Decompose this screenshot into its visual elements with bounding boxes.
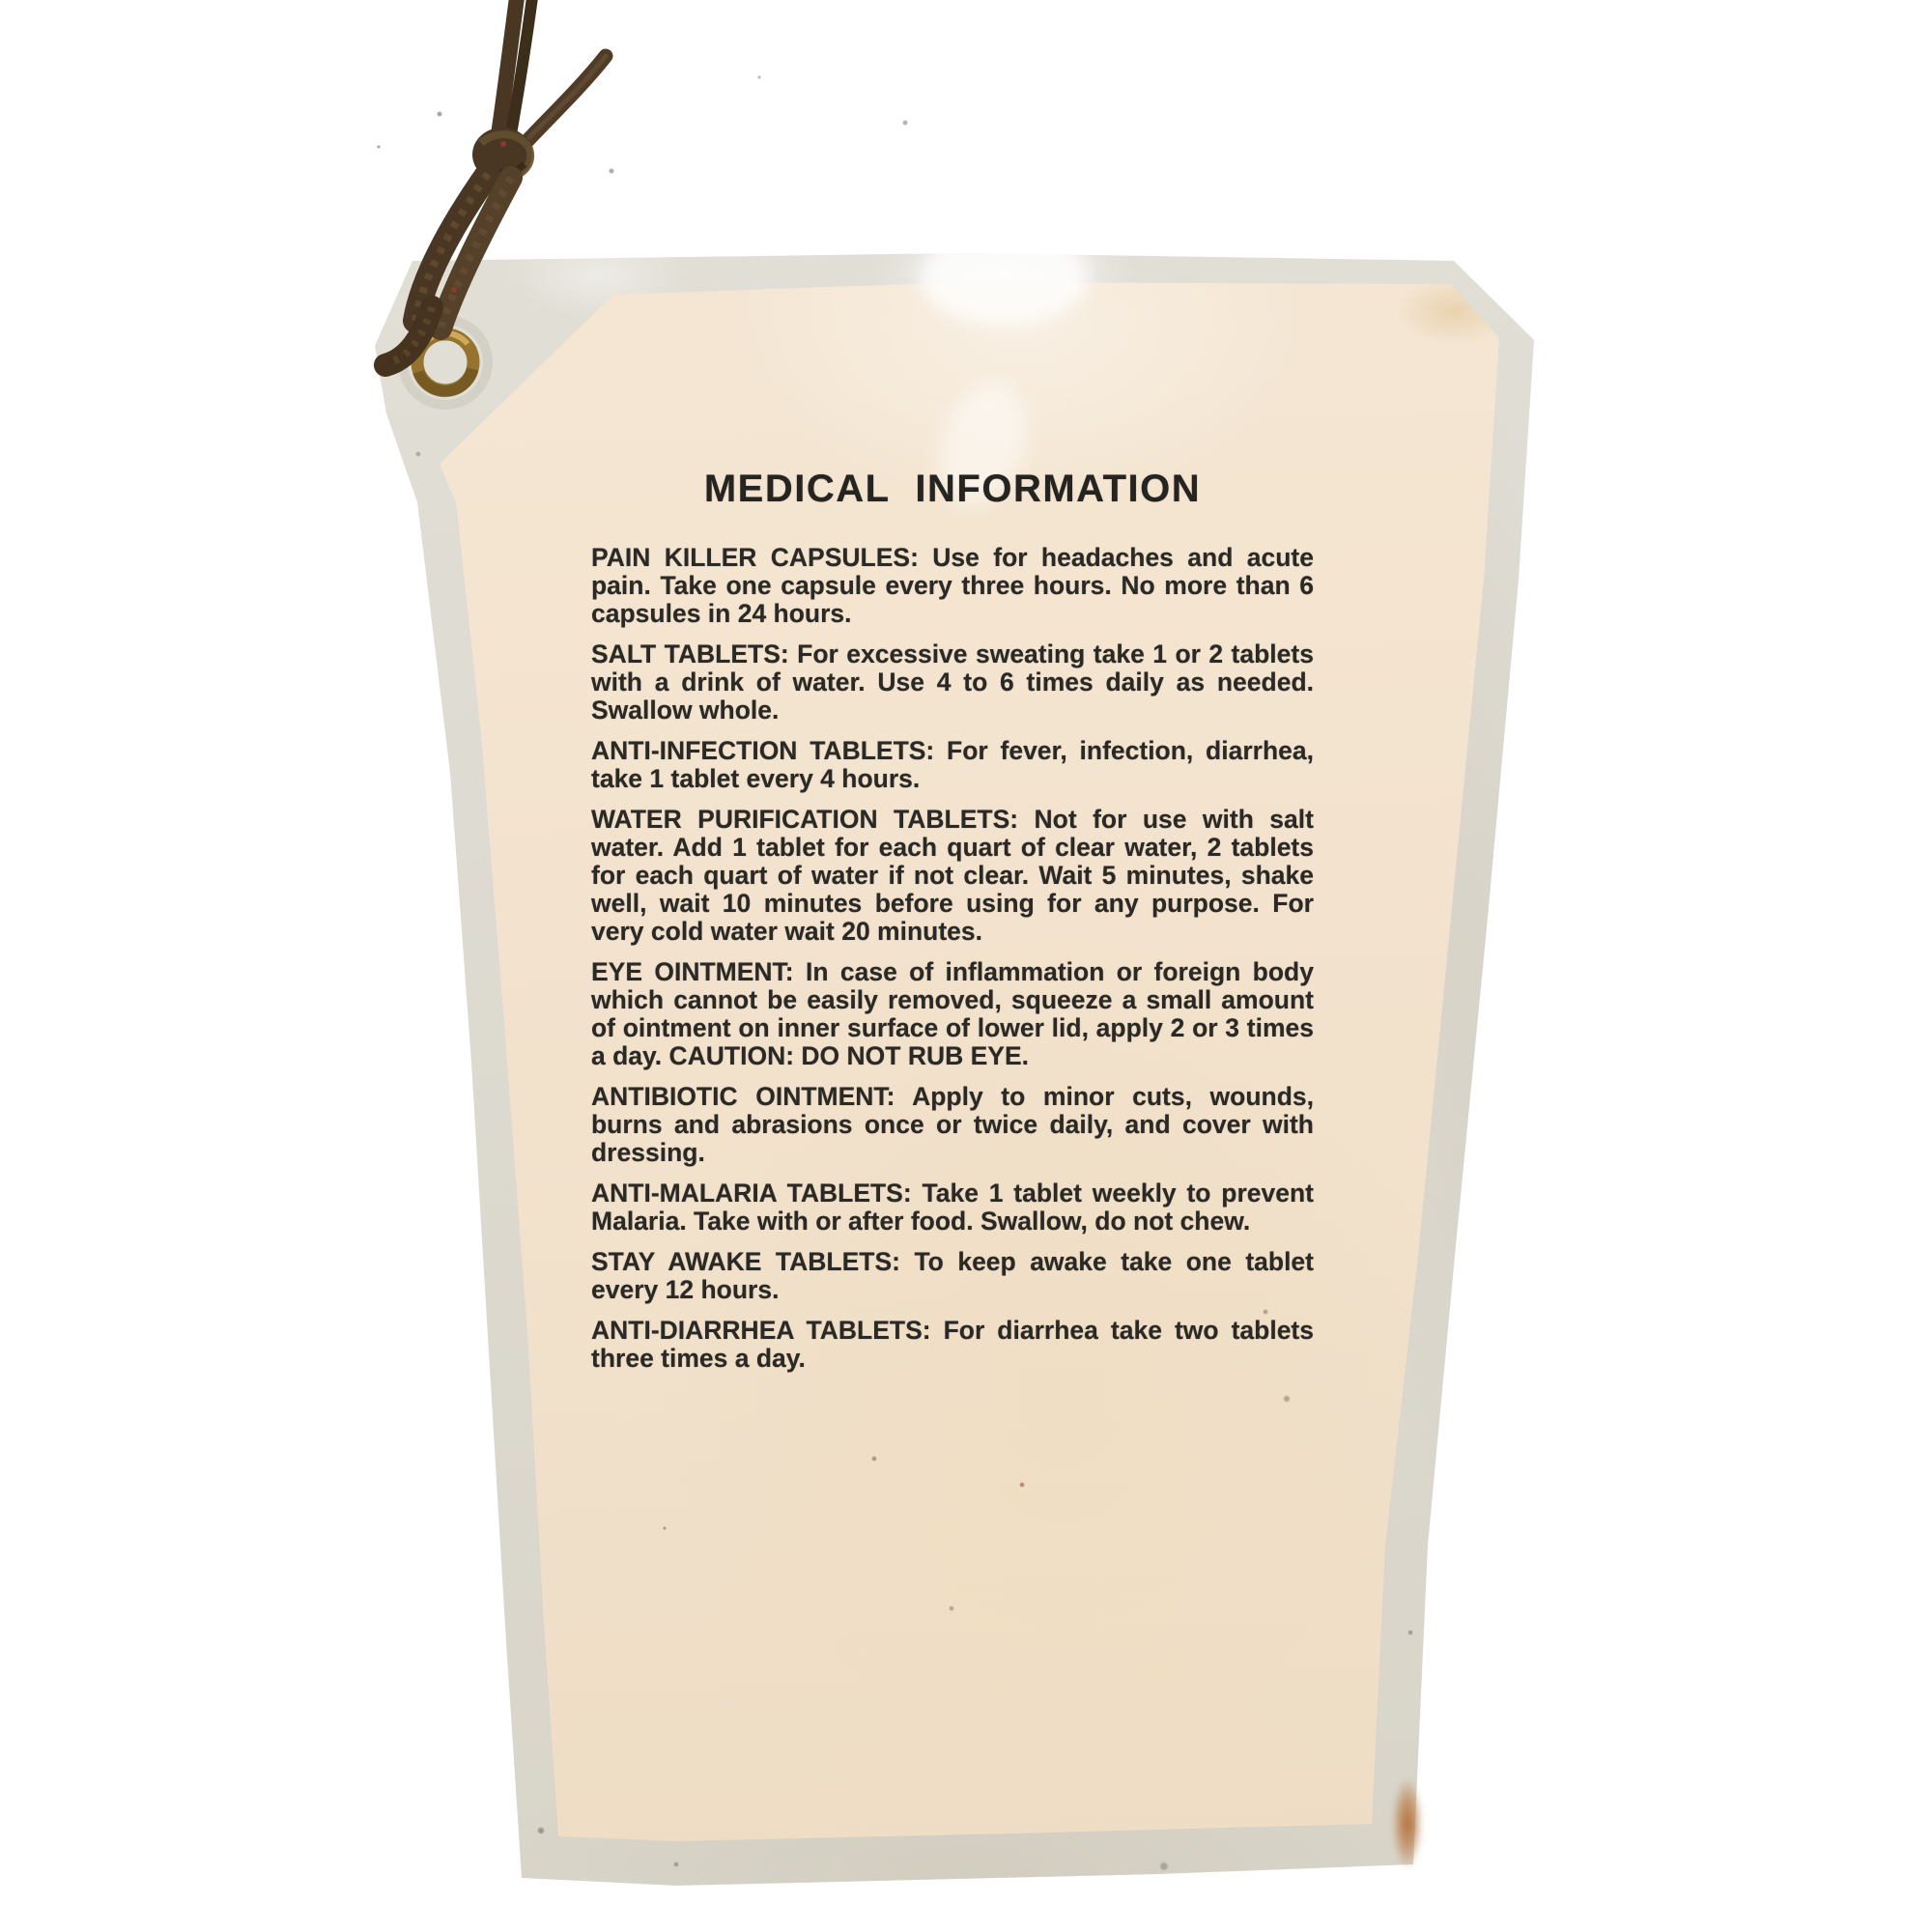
section-eye-ointment: EYE OINTMENT: In case of inflammation or… xyxy=(591,958,1314,1070)
brown-cord xyxy=(385,0,606,365)
red-tracer-fleck xyxy=(451,287,457,293)
section-water-purification: WATER PURIFICATION TABLETS: Not for use … xyxy=(591,806,1314,946)
cord-and-grommet xyxy=(290,0,676,464)
section-anti-diarrhea: ANTI-DIARRHEA TABLETS: For diarrhea take… xyxy=(591,1317,1314,1373)
document-title: MEDICAL INFORMATION xyxy=(591,468,1314,511)
section-heading: ANTI-MALARIA TABLETS: xyxy=(591,1179,912,1207)
section-heading: SALT TABLETS: xyxy=(591,639,789,668)
section-pain-killer: PAIN KILLER CAPSULES: Use for headaches … xyxy=(591,544,1314,628)
red-tracer-fleck xyxy=(500,141,506,147)
section-heading: EYE OINTMENT: xyxy=(591,957,794,986)
section-anti-infection: ANTI-INFECTION TABLETS: For fever, infec… xyxy=(591,737,1314,793)
section-heading: ANTI-INFECTION TABLETS: xyxy=(591,736,934,765)
section-heading: PAIN KILLER CAPSULES: xyxy=(591,543,919,572)
rust-stain xyxy=(1392,1777,1423,1869)
section-antibiotic-ointment: ANTIBIOTIC OINTMENT: Apply to minor cuts… xyxy=(591,1083,1314,1167)
section-heading: STAY AWAKE TABLETS: xyxy=(591,1247,900,1276)
section-heading: ANTIBIOTIC OINTMENT: xyxy=(591,1082,895,1111)
section-salt-tablets: SALT TABLETS: For excessive sweating tak… xyxy=(591,640,1314,724)
section-stay-awake: STAY AWAKE TABLETS: To keep awake take o… xyxy=(591,1248,1314,1304)
section-anti-malaria: ANTI-MALARIA TABLETS: Take 1 tablet week… xyxy=(591,1179,1314,1236)
photo-background: MEDICAL INFORMATION PAIN KILLER CAPSULES… xyxy=(0,0,1932,1932)
section-heading: WATER PURIFICATION TABLETS: xyxy=(591,805,1018,834)
section-heading: ANTI-DIARRHEA TABLETS: xyxy=(591,1316,931,1345)
printed-text-block: MEDICAL INFORMATION PAIN KILLER CAPSULES… xyxy=(591,468,1314,1385)
